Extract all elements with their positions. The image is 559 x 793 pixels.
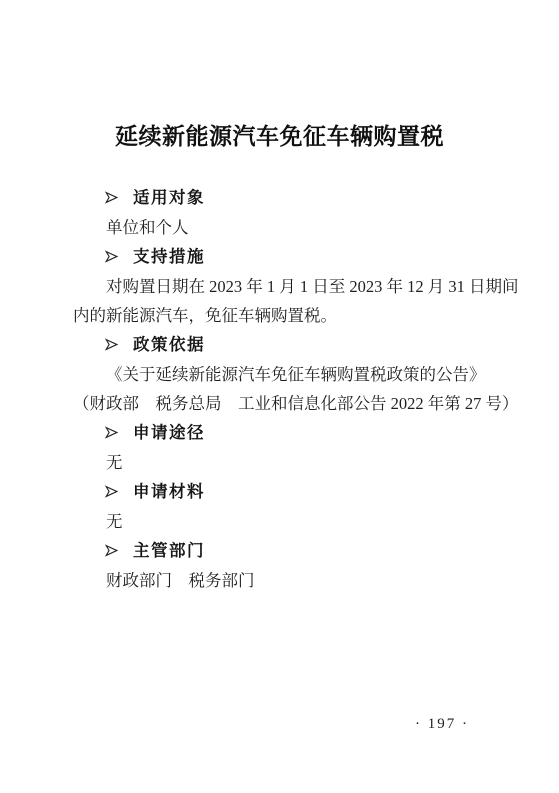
section-policy-basis: 政策依据 《关于延续新能源汽车免征车辆购置税政策的公告》 （财政部 税务总局 工… xyxy=(73,330,499,418)
arrow-bullet-icon xyxy=(105,330,119,359)
section-text-line: 《关于延续新能源汽车免征车辆购置税政策的公告》 xyxy=(73,360,499,389)
document-page: 延续新能源汽车免征车辆购置税 适用对象 单位和个人 支持措施 对购置日期在 20… xyxy=(0,0,559,793)
section-heading-label: 申请途径 xyxy=(133,424,205,442)
arrow-bullet-icon xyxy=(105,536,119,565)
section-heading: 主管部门 xyxy=(73,536,499,566)
section-text-line: 财政部门 税务部门 xyxy=(73,566,499,595)
arrow-bullet-icon xyxy=(105,418,119,447)
arrow-bullet-icon xyxy=(105,242,119,271)
section-support-measures: 支持措施 对购置日期在 2023 年 1 月 1 日至 2023 年 12 月 … xyxy=(73,242,499,330)
document-body: 适用对象 单位和个人 支持措施 对购置日期在 2023 年 1 月 1 日至 2… xyxy=(73,183,499,595)
section-text-line: （财政部 税务总局 工业和信息化部公告 2022 年第 27 号） xyxy=(73,389,499,418)
section-heading-label: 适用对象 xyxy=(133,189,205,207)
section-text-line: 对购置日期在 2023 年 1 月 1 日至 2023 年 12 月 31 日期… xyxy=(73,272,499,301)
section-text-line: 单位和个人 xyxy=(73,213,499,242)
section-heading-label: 支持措施 xyxy=(133,248,205,266)
section-heading: 申请材料 xyxy=(73,477,499,507)
section-heading-label: 政策依据 xyxy=(133,336,205,354)
section-applicable-targets: 适用对象 单位和个人 xyxy=(73,183,499,242)
section-application-materials: 申请材料 无 xyxy=(73,477,499,536)
section-heading: 适用对象 xyxy=(73,183,499,213)
section-heading: 政策依据 xyxy=(73,330,499,360)
section-heading-label: 申请材料 xyxy=(133,483,205,501)
arrow-bullet-icon xyxy=(105,477,119,506)
section-text-line: 无 xyxy=(73,448,499,477)
section-heading-label: 主管部门 xyxy=(133,542,205,560)
section-text-line: 无 xyxy=(73,507,499,536)
section-text-line: 内的新能源汽车，免征车辆购置税。 xyxy=(73,301,499,330)
section-application-channel: 申请途径 无 xyxy=(73,418,499,477)
page-title: 延续新能源汽车免征车辆购置税 xyxy=(0,121,559,153)
section-competent-departments: 主管部门 财政部门 税务部门 xyxy=(73,536,499,595)
section-heading: 支持措施 xyxy=(73,242,499,272)
arrow-bullet-icon xyxy=(105,183,119,212)
page-number: · 197 · xyxy=(415,714,469,735)
section-heading: 申请途径 xyxy=(73,418,499,448)
